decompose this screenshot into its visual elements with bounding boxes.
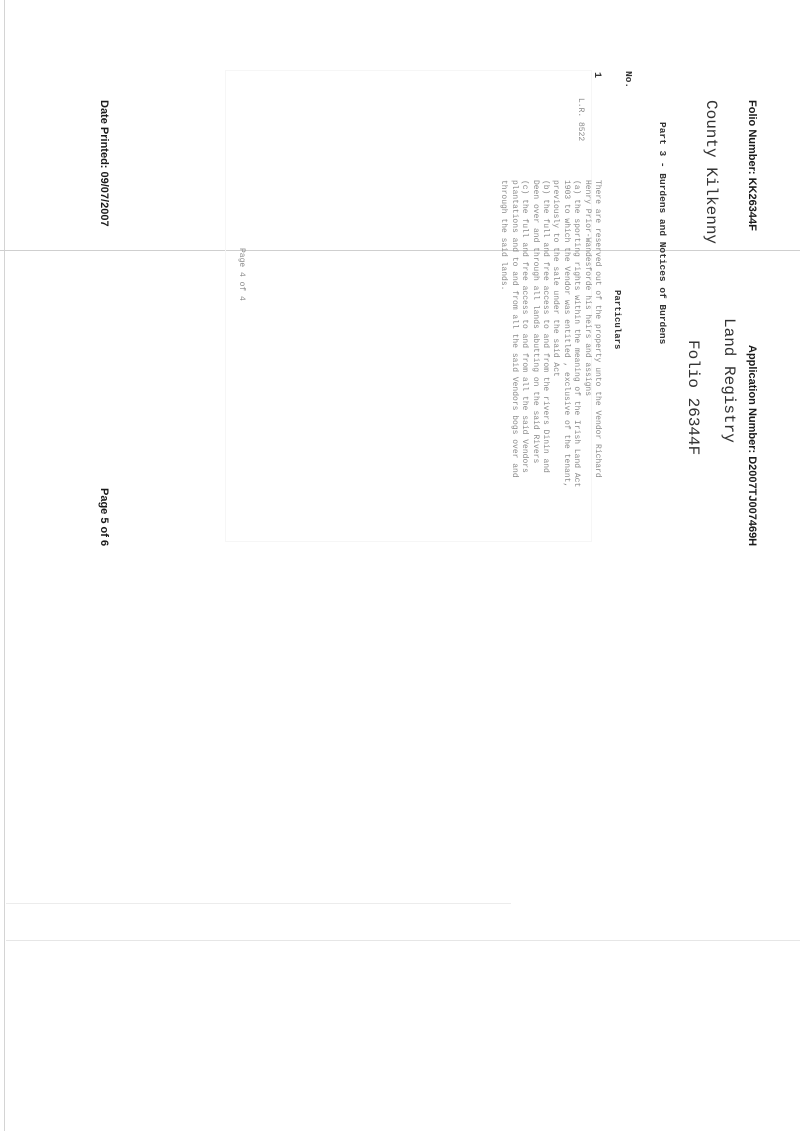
scan-line <box>6 940 800 941</box>
particulars-line: There are reserved out of the property u… <box>592 180 602 487</box>
particulars-line: 1903 to which the Vendor was entitled , … <box>560 180 570 487</box>
particulars-line: Deen over and through all lands abutting… <box>529 180 539 487</box>
application-number: Application Number: D2007TJ007469H <box>746 345 758 546</box>
page-number: Page 5 of 6 <box>98 488 110 546</box>
entry-particulars: There are reserved out of the property u… <box>498 180 602 487</box>
particulars-line: through the said lands. <box>498 180 508 487</box>
particulars-line: plantations and to and from all the said… <box>508 180 518 487</box>
folio-number: Folio Number: KK26344F <box>746 100 758 231</box>
registry-title: Land Registry <box>720 318 738 443</box>
particulars-line: Henry Prior-Wandesforde his heirs and as… <box>581 180 591 487</box>
county-name: County Kilkenny <box>702 100 720 244</box>
entry-reference: L.R. 8522 <box>576 98 585 141</box>
particulars-line: previously to the sale under the said Ac… <box>550 180 560 487</box>
column-header-number: No. <box>623 71 634 88</box>
column-header-particulars: Particulars <box>612 290 622 349</box>
folio-title: Folio 26344F <box>684 340 702 455</box>
entry-number: 1 <box>591 72 602 78</box>
date-printed: Date Printed: 09/07/2007 <box>98 100 110 227</box>
scan-edge-line <box>4 0 5 1131</box>
rotated-folio-page: Folio Number: KK26344F Application Numbe… <box>80 60 780 580</box>
particulars-line: (b) the full and free access to and from… <box>540 180 550 487</box>
scan-line <box>6 903 511 904</box>
inner-page-number: Page 4 of 4 <box>237 248 246 301</box>
part-title: Part 3 - Burdens and Notices of Burdens <box>657 122 668 344</box>
particulars-line: (c) the full and free access to and from… <box>519 180 529 487</box>
particulars-line: (a) the sporting rights within the meani… <box>571 180 581 487</box>
